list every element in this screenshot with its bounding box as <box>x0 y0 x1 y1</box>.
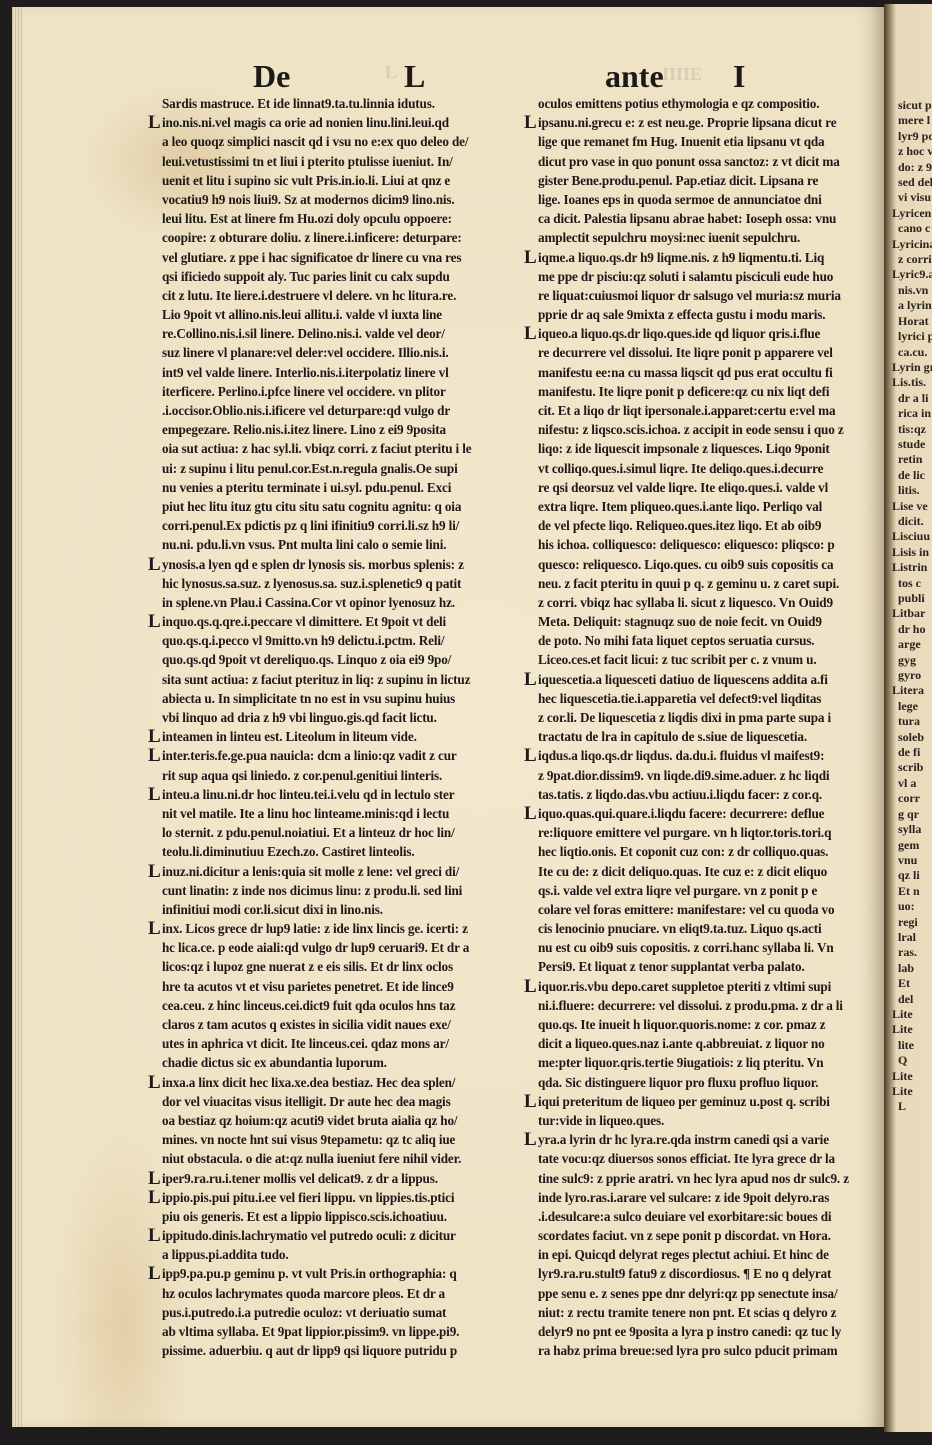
text-line: a lippus.pi.addita tudo. <box>148 1245 516 1264</box>
line-text: corri.penul.Ex pdictis pz q lini ifiniti… <box>162 518 459 533</box>
line-text: claros z tam acutos q existes in sicilia… <box>162 1017 451 1032</box>
text-line: quo.qs. Ite inueit h liquor.quoris.nome:… <box>524 1015 886 1034</box>
text-line: empegezare. Relio.nis.i.itez linere. Lin… <box>148 420 516 439</box>
line-text: leui litu. Est at linere fm Hu.ozi doly … <box>162 211 452 226</box>
line-text: vbi linquo ad dria z h9 vbi linguo.gis.q… <box>162 710 437 725</box>
text-line: teolu.li.diminutiuu Ezech.zo. Castiret l… <box>148 842 516 861</box>
facing-page-line: de fi <box>884 745 932 760</box>
text-line: oa bestiaz qz hoium:qz acuti9 videt brut… <box>148 1111 516 1130</box>
facing-page-line: g qr <box>884 807 932 822</box>
text-line: int9 vel valde linere. Interlio.nis.i.it… <box>148 363 516 382</box>
text-line: me ppe dr pisciu:qz soluti i salamtu pis… <box>524 267 886 286</box>
facing-page-line: mere l <box>884 113 932 128</box>
facing-page-line: vl a <box>884 776 932 791</box>
line-text: ipsanu.ni.grecu e: z est neu.ge. Proprie… <box>538 115 836 130</box>
facing-page-line: Lise ve <box>884 499 932 514</box>
text-line: vocatiu9 h9 nois liui9. Sz at modernos d… <box>148 190 516 209</box>
line-text: chadie dictus sic ex abundantia luporum. <box>162 1055 387 1070</box>
line-text: Liceo.ces.et facit licui: z tuc scribit … <box>538 652 816 667</box>
line-text: licos:qz i lupoz gne nuerat z e eis sili… <box>162 959 453 974</box>
entry-initial: L <box>148 113 162 132</box>
dictionary-entry-line: Lynosis.a lyen qd e splen dr lynosis sis… <box>148 555 516 574</box>
line-text: nu est cu oib9 suis copositis. z corri.h… <box>538 940 834 955</box>
facing-page-line: Lyricina <box>884 237 932 252</box>
line-text: re:liquore emittere vel purgare. vn h li… <box>538 825 831 840</box>
line-text: iqui preteritum de liqueo per geminuz u.… <box>538 1094 830 1109</box>
facing-page-line: arge <box>884 637 932 652</box>
line-text: lige. Ioanes eps in quoda sermoe de annu… <box>538 192 822 207</box>
text-line: colare vel foras emittere: manifestare: … <box>524 900 886 919</box>
line-text: de vel pfecte liqo. Reliqueo.ques.itez l… <box>538 518 821 533</box>
facing-page-line: Q <box>884 1053 932 1068</box>
dictionary-entry-line: Liquor.ris.vbu depo.caret suppletoe pter… <box>524 977 886 996</box>
text-line: tate vocu:qz diuersos sonos efficiat. It… <box>524 1149 886 1168</box>
line-text: hic lynosus.sa.suz. z lyenosus.sa. suz.i… <box>162 576 461 591</box>
line-text: gister Bene.produ.penul. Pap.etiaz dicit… <box>538 173 818 188</box>
text-line: claros z tam acutos q existes in sicilia… <box>148 1015 516 1034</box>
facing-page-line: lral <box>884 930 932 945</box>
line-text: vocatiu9 h9 nois liui9. Sz at modernos d… <box>162 192 455 207</box>
entry-initial: L <box>148 1264 162 1283</box>
facing-page-line: lege <box>884 699 932 714</box>
line-text: a leo quoqz simplici nascit qd i vsu no … <box>162 134 468 149</box>
text-line: cit. Et a liqo dr liqt ipersonale.i.appa… <box>524 401 886 420</box>
text-line: lige. Ioanes eps in quoda sermoe de annu… <box>524 190 886 209</box>
facing-page-line: de lic <box>884 468 932 483</box>
line-text: neu. z facit pteritu in quui p q. z gemi… <box>538 576 839 591</box>
text-line: nu venies a pteritu terminate i ui.syl. … <box>148 478 516 497</box>
facing-page-line: Lite <box>884 1069 932 1084</box>
facing-page-line: do: z 9p <box>884 160 932 175</box>
line-text: oculos emittens potius ethymologia e qz … <box>538 96 819 111</box>
line-text: quo.qs.q.i.pecco vl 9mitto.vn h9 delictu… <box>162 633 444 648</box>
running-head-word-ante: ante <box>605 56 664 96</box>
text-line: suz linere vl planare:vel deler:vel occi… <box>148 343 516 362</box>
text-line: dor vel viuacitas visus itelligit. Dr au… <box>148 1092 516 1111</box>
line-text: z cor.li. De liquescetia z liqdis dixi i… <box>538 710 831 725</box>
entry-initial: L <box>148 1226 162 1245</box>
line-text: leui.vetustissimi tn et liui i pterito p… <box>162 154 453 169</box>
line-text: cunt linatin: z inde nos dicimus linu: z… <box>162 883 462 898</box>
line-text: inquo.qs.q.qre.i.peccare vl dimittere. E… <box>162 614 446 629</box>
line-text: z 9pat.dior.dissim9. vn liqde.di9.sime.a… <box>538 768 829 783</box>
line-text: iqueo.a liquo.qs.dr liqo.ques.ide qd liq… <box>538 326 820 341</box>
text-line: tur:vide in liqueo.ques. <box>524 1111 886 1130</box>
text-line: re.Collino.nis.i.sil linere. Delino.nis.… <box>148 324 516 343</box>
facing-page-line: dr a li <box>884 391 932 406</box>
text-line: dicit a liqueo.ques.naz i.ante q.abbreui… <box>524 1034 886 1053</box>
entry-initial: L <box>148 727 162 746</box>
facing-page-line: lab <box>884 961 932 976</box>
facing-page-text: sicut pmere llyr9 poz hoc vdo: z 9psed d… <box>884 98 932 1115</box>
line-text: iqdus.a liqo.qs.dr liqdus. da.du.i. flui… <box>538 748 824 763</box>
text-line: hz oculos lachrymates quoda marcore pleo… <box>148 1284 516 1303</box>
line-text: iterficere. Perlino.i.pfce linere vel oc… <box>162 384 446 399</box>
line-text: inxa.a linx dicit hec lixa.xe.dea bestia… <box>162 1075 455 1090</box>
entry-initial: L <box>148 746 162 765</box>
facing-page-line: soleb <box>884 730 932 745</box>
line-text: lyr9.ra.ru.stult9 fatu9 z discordiosus. … <box>538 1266 831 1281</box>
text-line: quesco: reliquesco. Liqo.ques. cu oib9 s… <box>524 555 886 574</box>
text-line: Liceo.ces.et facit licui: z tuc scribit … <box>524 650 886 669</box>
line-text: me:pter liquor.qris.tertie 9iugatiois: z… <box>538 1055 824 1070</box>
line-text: pprie dr aq sale 9mixta z effecta gustu … <box>538 307 825 322</box>
line-text: quesco: reliquesco. Liqo.ques. cu oib9 s… <box>538 557 833 572</box>
line-text: ab vltima syllaba. Et 9pat lippior.pissi… <box>162 1324 459 1339</box>
entry-initial: L <box>148 919 162 938</box>
text-line: lyr9.ra.ru.stult9 fatu9 z discordiosus. … <box>524 1264 886 1283</box>
text-line: hre ta acutos vt et visu parietes penetr… <box>148 977 516 996</box>
line-text: pissime. aduerbiu. q aut dr lipp9 qsi li… <box>162 1343 457 1358</box>
text-line: his ichoa. colliquesco: deliquesco: eliq… <box>524 535 886 554</box>
running-head-letter-i: I <box>733 56 745 96</box>
text-line: niut: z rectu tramite tenere non pnt. Et… <box>524 1303 886 1322</box>
line-text: manifestu ee:na cu massa liqscit qd pus … <box>538 365 833 380</box>
facing-page-line: Litbar <box>884 606 932 621</box>
entry-initial: L <box>524 804 538 823</box>
text-line: Persi9. Et liquat z tenor supplantat ver… <box>524 957 886 976</box>
text-line: Ite cu de: z dicit deliquo.quas. Ite cuz… <box>524 862 886 881</box>
facing-page-line: Lyricen. <box>884 206 932 221</box>
dictionary-entry-line: Linxa.a linx dicit hec lixa.xe.dea besti… <box>148 1073 516 1092</box>
line-text: hre ta acutos vt et visu parietes penetr… <box>162 979 454 994</box>
text-line: liqo: z ide liquescit impsonale z liques… <box>524 439 886 458</box>
facing-page-line: lyr9 po <box>884 129 932 144</box>
line-text: re qsi deorsuz vel valde liqre. Ite eliq… <box>538 480 828 495</box>
line-text: inde lyro.ras.i.arare vel sulcare: z ide… <box>538 1190 829 1205</box>
text-line: scordates faciut. vn z sepe ponit p disc… <box>524 1226 886 1245</box>
facing-page-line: publi <box>884 591 932 606</box>
text-line: cunt linatin: z inde nos dicimus linu: z… <box>148 881 516 900</box>
line-text: nifestu: z liqsco.scis.ichoa. z accipit … <box>538 422 844 437</box>
text-line: infinitiui modi cor.li.sicut dixi in lin… <box>148 900 516 919</box>
facing-page-line: Litera <box>884 683 932 698</box>
line-text: infinitiui modi cor.li.sicut dixi in lin… <box>162 902 383 917</box>
facing-page-line: dicit. <box>884 514 932 529</box>
text-line: ui: z supinu i litu penul.cor.Est.n.regu… <box>148 459 516 478</box>
text-line: dicut pro vase in quo ponunt ossa sancto… <box>524 152 886 171</box>
text-line: ppe senu e. z senes ppe dnr delyri:qz pp… <box>524 1284 886 1303</box>
text-line: piu ois generis. Et est a lippio lippisc… <box>148 1207 516 1226</box>
facing-page-line: Lite <box>884 1084 932 1099</box>
line-text: iper9.ra.ru.i.tener mollis vel delicat9.… <box>162 1171 438 1186</box>
line-text: Sardis mastruce. Et ide linnat9.ta.tu.li… <box>162 96 435 111</box>
line-text: niut: z rectu tramite tenere non pnt. Et… <box>538 1305 836 1320</box>
text-line: de vel pfecte liqo. Reliqueo.ques.itez l… <box>524 516 886 535</box>
facing-page-line: lite <box>884 1038 932 1053</box>
text-line: manifestu. Ite liqre ponit p deficere:qz… <box>524 382 886 401</box>
facing-page-line: gyg <box>884 653 932 668</box>
facing-page-line: Lisciuu <box>884 529 932 544</box>
line-text: a lippus.pi.addita tudo. <box>162 1247 289 1262</box>
dictionary-entry-line: Linx. Licos grece dr lup9 latie: z ide l… <box>148 919 516 938</box>
line-text: rit sup aqua qsi liniedo. z cor.penul.ge… <box>162 768 442 783</box>
line-text: .i.occisor.Oblio.nis.i.ificere vel detur… <box>162 403 450 418</box>
line-text: colare vel foras emittere: manifestare: … <box>538 902 834 917</box>
dictionary-entry-line: Linteu.a linu.ni.dr hoc linteu.tei.i.vel… <box>148 785 516 804</box>
line-text: tas.tatis. z liqdo.das.vbu actiuu.i.liqd… <box>538 787 822 802</box>
line-text: vt colliqo.ques.i.simul liqre. Ite deliq… <box>538 461 823 476</box>
line-text: ynosis.a lyen qd e splen dr lynosis sis.… <box>162 557 464 572</box>
line-text: piut hec litu ituz gtu citu situ satu co… <box>162 499 461 514</box>
text-line: hec liqtio.onis. Et coponit cuz con: z d… <box>524 842 886 861</box>
line-text: Meta. Deliquit: stagnuqz suo de noie fec… <box>538 614 822 629</box>
dictionary-entry-line: Liqme.a liquo.qs.dr h9 liqme.nis. z h9 l… <box>524 248 886 267</box>
facing-page-line: z hoc v <box>884 144 932 159</box>
line-text: iqme.a liquo.qs.dr h9 liqme.nis. z h9 li… <box>538 250 824 265</box>
line-text: uenit et litu i supino sic vult Pris.in.… <box>162 173 450 188</box>
facing-page-line: corr <box>884 791 932 806</box>
entry-initial: L <box>148 555 162 574</box>
line-text: inter.teris.fe.ge.pua nauicla: dcm a lin… <box>162 748 457 763</box>
line-text: hc lica.ce. p eode aiali:qd vulgo dr lup… <box>162 940 469 955</box>
line-text: teolu.li.diminutiuu Ezech.zo. Castiret l… <box>162 844 415 859</box>
text-line: re decurrere vel dissolui. Ite liqre pon… <box>524 343 886 362</box>
text-line: .i.desulcare:a sulco deuiare vel exorbit… <box>524 1207 886 1226</box>
facing-page-line: regi <box>884 915 932 930</box>
facing-page-line: cano c <box>884 221 932 236</box>
line-text: qda. Sic distinguere liquor pro fluxu pr… <box>538 1075 818 1090</box>
text-column-right: oculos emittens potius ethymologia e qz … <box>524 94 886 1360</box>
dictionary-entry-line: Linter.teris.fe.ge.pua nauicla: dcm a li… <box>148 746 516 765</box>
line-text: dicit a liqueo.ques.naz i.ante q.abbreui… <box>538 1036 825 1051</box>
facing-page-line: del <box>884 992 932 1007</box>
text-line: coopire: z obturare doliu. z linere.i.in… <box>148 228 516 247</box>
line-text: ippio.pis.pui pitu.i.ee vel fieri lippu.… <box>162 1190 454 1205</box>
line-text: qsi ificiedo suppoit aly. Tuc paries lin… <box>162 269 450 284</box>
line-text: nu.ni. pdu.li.vn vsus. Pnt multa lini ca… <box>162 537 446 552</box>
line-text: ni.i.fluere: decurrere: vel dissolui. z … <box>538 998 843 1013</box>
line-text: quo.qs. Ite inueit h liquor.quoris.nome:… <box>538 1017 825 1032</box>
text-line: vt colliqo.ques.i.simul liqre. Ite deliq… <box>524 459 886 478</box>
line-text: hec liquescetia.tie.i.apparetia vel defe… <box>538 691 821 706</box>
facing-page-line: vnu <box>884 853 932 868</box>
facing-page-line: Et <box>884 976 932 991</box>
facing-page-line: Lis.tis. <box>884 375 932 390</box>
facing-page-line: gem <box>884 838 932 853</box>
text-line: chadie dictus sic ex abundantia luporum. <box>148 1053 516 1072</box>
line-text: niut obstacula. o die at:qz nulla iueniu… <box>162 1151 461 1166</box>
running-head: De L ante I <box>0 56 884 98</box>
running-head-word-de: De <box>253 56 290 96</box>
line-text: inteamen in linteu est. Liteolum in lite… <box>162 729 417 744</box>
dictionary-entry-line: Liqueo.a liquo.qs.dr liqo.ques.ide qd li… <box>524 324 886 343</box>
entry-initial: L <box>148 1073 162 1092</box>
text-line: qda. Sic distinguere liquor pro fluxu pr… <box>524 1073 886 1092</box>
text-line: vbi linquo ad dria z h9 vbi linguo.gis.q… <box>148 708 516 727</box>
text-line: re:liquore emittere vel purgare. vn h li… <box>524 823 886 842</box>
facing-page-line: Lyrin gr <box>884 360 932 375</box>
text-line: amplectit sepulchru moysi:nec iuenit sep… <box>524 228 886 247</box>
facing-page-line: stude <box>884 437 932 452</box>
entry-initial: L <box>148 1188 162 1207</box>
line-text: sita sunt actiua: z faciut pterituz in l… <box>162 672 470 687</box>
line-text: liqo: z ide liquescit impsonale z liques… <box>538 441 830 456</box>
text-line: cis lenocinio pnuciare. vn eliqt9.ta.tuz… <box>524 919 886 938</box>
text-line: hic lynosus.sa.suz. z lyenosus.sa. suz.i… <box>148 574 516 593</box>
line-text: lige que remanet fm Hug. Inuenit etia li… <box>538 134 825 149</box>
text-line: z 9pat.dior.dissim9. vn liqde.di9.sime.a… <box>524 766 886 785</box>
line-text: yra.a lyrin dr hc lyra.re.qda instrm can… <box>538 1132 829 1147</box>
facing-page-line: lyrici p <box>884 329 932 344</box>
text-line: Lio 9poit vt allino.nis.leui allitu.i. v… <box>148 305 516 324</box>
line-text: ipp9.pa.pu.p geminu p. vt vult Pris.in o… <box>162 1266 457 1281</box>
dictionary-entry-line: Lippitudo.dinis.lachrymatio vel putredo … <box>148 1226 516 1245</box>
text-line: cit z lutu. Ite liere.i.destruere vl del… <box>148 286 516 305</box>
line-text: cis lenocinio pnuciare. vn eliqt9.ta.tuz… <box>538 921 822 936</box>
line-text: cea.ceu. z hinc linceus.cei.dict9 fuit q… <box>162 998 455 1013</box>
text-line: qsi ificiedo suppoit aly. Tuc paries lin… <box>148 267 516 286</box>
facing-page-line: Horat <box>884 314 932 329</box>
line-text: hz oculos lachrymates quoda marcore pleo… <box>162 1286 445 1301</box>
facing-page-line: retin <box>884 452 932 467</box>
text-line: neu. z facit pteritu in quui p q. z gemi… <box>524 574 886 593</box>
line-text: re decurrere vel dissolui. Ite liqre pon… <box>538 345 833 360</box>
line-text: z corri. vbiqz hac syllaba li. sicut z l… <box>538 595 833 610</box>
entry-initial: L <box>524 1092 538 1111</box>
dictionary-entry-line: Linquo.qs.q.qre.i.peccare vl dimittere. … <box>148 612 516 631</box>
text-line: rit sup aqua qsi liniedo. z cor.penul.ge… <box>148 766 516 785</box>
line-text: in splene.vn Plau.i Cassina.Cor vt opino… <box>162 595 455 610</box>
text-line: lo sternit. z pdu.penul.noiatiui. Et a l… <box>148 823 516 842</box>
text-line: oia sut actiua: z hac syl.li. vbiqz corr… <box>148 439 516 458</box>
text-line: Meta. Deliquit: stagnuqz suo de noie fec… <box>524 612 886 631</box>
dictionary-entry-line: Lino.nis.ni.vel magis ca orie ad nonien … <box>148 113 516 132</box>
text-line: delyr9 no pnt ee 9posita a lyra p instro… <box>524 1322 886 1341</box>
text-column-left: Sardis mastruce. Et ide linnat9.ta.tu.li… <box>148 94 516 1360</box>
text-line: inde lyro.ras.i.arare vel sulcare: z ide… <box>524 1188 886 1207</box>
dictionary-entry-line: Lippio.pis.pui pitu.i.ee vel fieri lippu… <box>148 1188 516 1207</box>
text-line: ni.i.fluere: decurrere: vel dissolui. z … <box>524 996 886 1015</box>
line-text: ca dicit. Palestia lipsanu abrae habet: … <box>538 211 836 226</box>
line-text: his ichoa. colliquesco: deliquesco: eliq… <box>538 537 835 552</box>
line-text: empegezare. Relio.nis.i.itez linere. Lin… <box>162 422 446 437</box>
text-line: pissime. aduerbiu. q aut dr lipp9 qsi li… <box>148 1341 516 1360</box>
line-text: inx. Licos grece dr lup9 latie: z ide li… <box>162 921 468 936</box>
line-text: amplectit sepulchru moysi:nec iuenit sep… <box>538 230 800 245</box>
dictionary-entry-line: Liquescetia.a liquesceti datiuo de lique… <box>524 670 886 689</box>
line-text: re liquat:cuiusmoi liquor dr salsugo vel… <box>538 288 841 303</box>
text-line: Sardis mastruce. Et ide linnat9.ta.tu.li… <box>148 94 516 113</box>
text-line: ab vltima syllaba. Et 9pat lippior.pissi… <box>148 1322 516 1341</box>
text-line: lige que remanet fm Hug. Inuenit etia li… <box>524 132 886 151</box>
text-line: pprie dr aq sale 9mixta z effecta gustu … <box>524 305 886 324</box>
line-text: ppe senu e. z senes ppe dnr delyri:qz pp… <box>538 1286 837 1301</box>
dictionary-entry-line: Liquo.quas.qui.quare.i.liqdu facere: dec… <box>524 804 886 823</box>
entry-initial: L <box>148 862 162 881</box>
entry-initial: L <box>148 1169 162 1188</box>
text-line: piut hec litu ituz gtu citu situ satu co… <box>148 497 516 516</box>
line-text: abiecta u. In simplicitate tn no est in … <box>162 691 455 706</box>
dictionary-entry-line: Linuz.ni.dicitur a lenis:quia sit molle … <box>148 862 516 881</box>
page-edges <box>12 7 22 1427</box>
text-line: oculos emittens potius ethymologia e qz … <box>524 94 886 113</box>
text-line: in epi. Quicqd delyrat reges plectut ach… <box>524 1245 886 1264</box>
facing-page-line: Listrin <box>884 560 932 575</box>
facing-page-line: a lyrin <box>884 298 932 313</box>
facing-page-line: uo: <box>884 899 932 914</box>
line-text: ra habz prima breue:sed lyra pro sulco p… <box>538 1343 837 1358</box>
text-line: licos:qz i lupoz gne nuerat z e eis sili… <box>148 957 516 976</box>
text-line: re qsi deorsuz vel valde liqre. Ite eliq… <box>524 478 886 497</box>
text-line: in splene.vn Plau.i Cassina.Cor vt opino… <box>148 593 516 612</box>
text-line: qs.i. valde vel extra liqre vel purgare.… <box>524 881 886 900</box>
facing-page-line: scrib <box>884 760 932 775</box>
line-text: inteu.a linu.ni.dr hoc linteu.tei.i.velu… <box>162 787 454 802</box>
text-line: vel glutiare. z ppe i hac significatoe d… <box>148 248 516 267</box>
line-text: tractatu de lra in capitulo de s.siue de… <box>538 729 807 744</box>
text-line: mines. vn nocte hnt sui visus 9tepametu:… <box>148 1130 516 1149</box>
text-line: tine sulc9: z pprie aratri. vn hec lyra … <box>524 1169 886 1188</box>
text-line: nifestu: z liqsco.scis.ichoa. z accipit … <box>524 420 886 439</box>
line-text: qs.i. valde vel extra liqre vel purgare.… <box>538 883 817 898</box>
text-line: gister Bene.produ.penul. Pap.etiaz dicit… <box>524 171 886 190</box>
text-line: abiecta u. In simplicitate tn no est in … <box>148 689 516 708</box>
line-text: pus.i.putredo.i.a putredie oculoz: vt de… <box>162 1305 446 1320</box>
line-text: ino.nis.ni.vel magis ca orie ad nonien l… <box>162 115 449 130</box>
dictionary-entry-line: Liper9.ra.ru.i.tener mollis vel delicat9… <box>148 1169 516 1188</box>
line-text: nu venies a pteritu terminate i ui.syl. … <box>162 480 451 495</box>
facing-page-line: litis. <box>884 483 932 498</box>
line-text: de poto. No mihi fata liquet ceptos seru… <box>538 633 814 648</box>
line-text: tine sulc9: z pprie aratri. vn hec lyra … <box>538 1171 849 1186</box>
line-text: lo sternit. z pdu.penul.noiatiui. Et a l… <box>162 825 455 840</box>
text-line: niut obstacula. o die at:qz nulla iueniu… <box>148 1149 516 1168</box>
facing-page-line: dr ho <box>884 622 932 637</box>
text-line: pus.i.putredo.i.a putredie oculoz: vt de… <box>148 1303 516 1322</box>
text-line: tractatu de lra in capitulo de s.siue de… <box>524 727 886 746</box>
line-text: hec liqtio.onis. Et coponit cuz con: z d… <box>538 844 828 859</box>
facing-page-line: sicut p <box>884 98 932 113</box>
facing-page-line: gyro <box>884 668 932 683</box>
text-line: nit vel matile. Ite a linu hoc linteame.… <box>148 804 516 823</box>
text-line: nu.ni. pdu.li.vn vsus. Pnt multa lini ca… <box>148 535 516 554</box>
line-text: quo.qs.qd 9poit vt dereliquo.qs. Linquo … <box>162 652 451 667</box>
line-text: dicut pro vase in quo ponunt ossa sancto… <box>538 154 840 169</box>
text-line: uenit et litu i supino sic vult Pris.in.… <box>148 171 516 190</box>
text-line: cea.ceu. z hinc linceus.cei.dict9 fuit q… <box>148 996 516 1015</box>
text-line: utes in aphrica vt dicit. Ite linceus.ce… <box>148 1034 516 1053</box>
line-text: Ite cu de: z dicit deliquo.quas. Ite cuz… <box>538 864 827 879</box>
line-text: manifestu. Ite liqre ponit p deficere:qz… <box>538 384 829 399</box>
facing-page-edge: sicut pmere llyr9 poz hoc vdo: z 9psed d… <box>884 4 932 1432</box>
facing-page-line: L <box>884 1099 932 1114</box>
text-line: de poto. No mihi fata liquet ceptos seru… <box>524 631 886 650</box>
facing-page-line: tos c <box>884 576 932 591</box>
entry-initial: L <box>524 248 538 267</box>
line-text: tur:vide in liqueo.ques. <box>538 1113 664 1128</box>
text-line: .i.occisor.Oblio.nis.i.ificere vel detur… <box>148 401 516 420</box>
text-line: corri.penul.Ex pdictis pz q lini ifiniti… <box>148 516 516 535</box>
text-line: hec liquescetia.tie.i.apparetia vel defe… <box>524 689 886 708</box>
dictionary-entry-line: Lipp9.pa.pu.p geminu p. vt vult Pris.in … <box>148 1264 516 1283</box>
line-text: mines. vn nocte hnt sui visus 9tepametu:… <box>162 1132 455 1147</box>
line-text: iquor.ris.vbu depo.caret suppletoe pteri… <box>538 979 831 994</box>
facing-page-line: Lite <box>884 1022 932 1037</box>
dictionary-entry-line: Liqdus.a liqo.qs.dr liqdus. da.du.i. flu… <box>524 746 886 765</box>
line-text: piu ois generis. Et est a lippio lippisc… <box>162 1209 447 1224</box>
line-text: iquo.quas.qui.quare.i.liqdu facere: decu… <box>538 806 824 821</box>
text-line: extra liqre. Item pliqueo.ques.i.ante li… <box>524 497 886 516</box>
dictionary-entry-line: Lipsanu.ni.grecu e: z est neu.ge. Propri… <box>524 113 886 132</box>
line-text: scordates faciut. vn z sepe ponit p disc… <box>538 1228 831 1243</box>
text-line: quo.qs.qd 9poit vt dereliquo.qs. Linquo … <box>148 650 516 669</box>
facing-page-line: qz li <box>884 868 932 883</box>
entry-initial: L <box>524 977 538 996</box>
facing-page-line: Lisis in <box>884 545 932 560</box>
text-line: a leo quoqz simplici nascit qd i vsu no … <box>148 132 516 151</box>
line-text: me ppe dr pisciu:qz soluti i salamtu pis… <box>538 269 833 284</box>
